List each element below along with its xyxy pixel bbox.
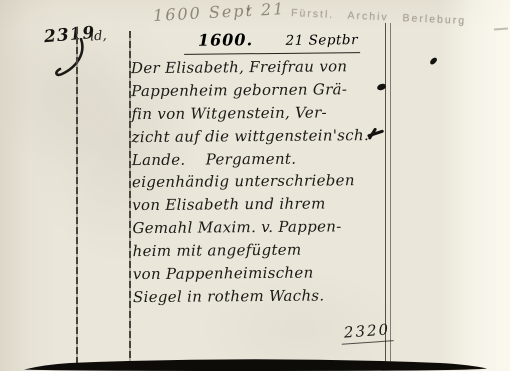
archive-stamp: Fürstl. Archiv Berleburg — [291, 7, 466, 27]
body-line: von Pappenheimischen — [133, 261, 393, 286]
handwritten-body: Der Elisabeth, Freifrau von Pappenheim g… — [131, 55, 393, 309]
body-line: heim mit angefügtem — [133, 238, 393, 263]
document-heading: 1600. 21 Septbr — [184, 29, 360, 55]
photo-bottom-edge-bar — [0, 357, 510, 371]
body-line: von Elisabeth und ihrem — [132, 192, 392, 217]
heading-year: 1600. — [198, 30, 253, 50]
heading-date: 21 Septbr — [286, 32, 359, 49]
ink-speck — [429, 56, 438, 65]
catalog-number-bottom: 2320 — [340, 320, 394, 345]
body-line: zicht auf die wittgenstein'sch. — [132, 124, 392, 149]
body-line: Lande. Pergament. — [132, 146, 392, 171]
ruled-line-left — [76, 27, 78, 363]
ink-flourish — [53, 38, 87, 80]
scanned-document-photo: 1600 Sept 21 Fürstl. Archiv Berleburg 23… — [0, 0, 510, 371]
photo-edge-mark — [494, 28, 508, 31]
body-line: fin von Witgenstein, Ver- — [131, 101, 391, 126]
body-line: Siegel in rothem Wachs. — [133, 284, 393, 309]
body-line: Gemahl Maxim. v. Pappen- — [132, 215, 392, 240]
body-line: Pappenheim gebornen Grä- — [131, 78, 391, 103]
body-line: Der Elisabeth, Freifrau von — [131, 55, 391, 80]
body-line: eigenhändig unterschrieben — [132, 169, 392, 194]
margin-note: id, — [89, 28, 107, 44]
